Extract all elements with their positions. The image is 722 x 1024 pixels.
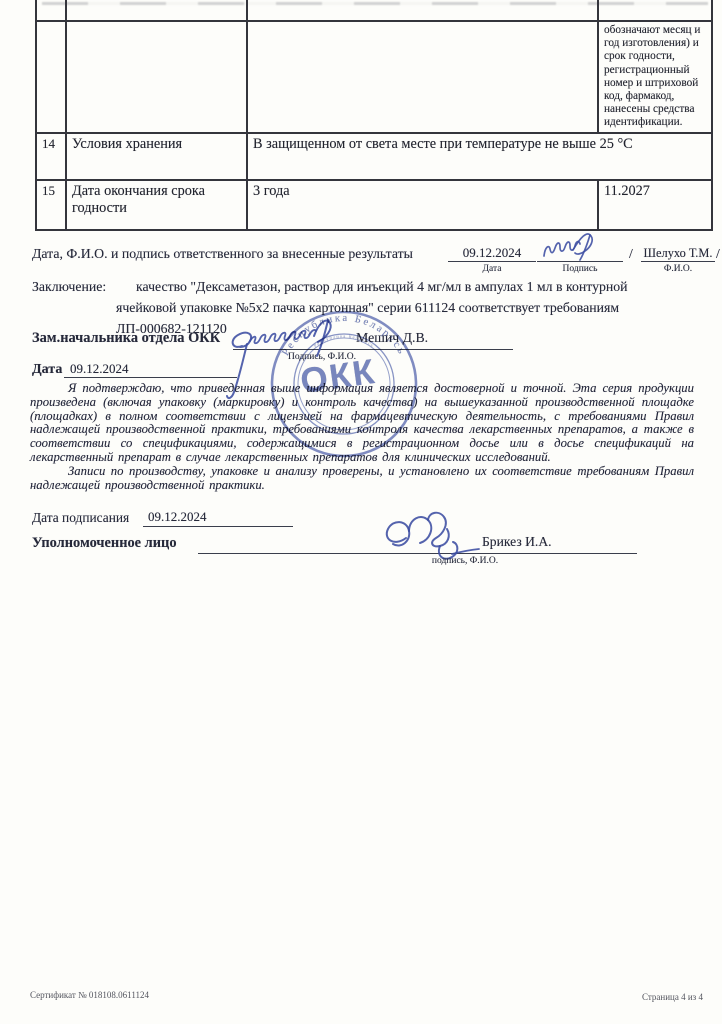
cell-num: 15 — [36, 180, 66, 230]
conclusion-line: качество "Дексаметазон, раствор для инъе… — [136, 279, 628, 295]
authorized-caption: подпись, Ф.И.О. — [418, 556, 512, 566]
cell-num — [36, 0, 66, 21]
stamp-center-text: ОКК — [298, 352, 379, 401]
cell-num — [36, 21, 66, 133]
signature-shelukho-icon — [540, 233, 620, 263]
responsible-label: Дата, Ф.И.О. и подпись ответственного за… — [32, 246, 413, 262]
table-row: 15 Дата окончания срока годности 3 года … — [36, 180, 712, 230]
cell-name: Условия хранения — [66, 133, 247, 180]
authorized-name: Брикез И.А. — [482, 534, 552, 550]
cell-value — [247, 21, 598, 133]
footer-page-number: Страница 4 из 4 — [642, 992, 703, 1002]
okk-stamp-icon: Республика Беларусь Республика Беларусь … — [259, 299, 429, 469]
signing-date-label: Дата подписания — [32, 510, 129, 526]
cell-num: 14 — [36, 133, 66, 180]
sign-caption: Подпись — [537, 264, 623, 274]
table-row — [36, 0, 712, 21]
responsible-name-value: Шелухо Т.М. — [641, 246, 715, 261]
cell-value — [247, 0, 598, 21]
cell-name — [66, 0, 247, 21]
fio-caption: Ф.И.О. — [641, 264, 715, 274]
spec-table: обозначают месяц и год изготовления) и с… — [35, 0, 713, 231]
cell-name — [66, 21, 247, 133]
cell-note — [598, 0, 712, 21]
blank-underline — [143, 509, 293, 527]
blank-underline — [64, 361, 237, 378]
table-row: 14 Условия хранения В защищенном от свет… — [36, 133, 712, 180]
svg-text:Республика Беларусь: Республика Беларусь — [313, 333, 376, 348]
table-row: обозначают месяц и год изготовления) и с… — [36, 21, 712, 133]
responsible-date-value: 09.12.2024 — [448, 245, 536, 261]
slash-separator: / — [716, 246, 720, 262]
deputy-title: Зам.начальника отдела ОКК — [32, 330, 220, 347]
cell-expiry: 11.2027 — [598, 180, 712, 230]
cell-note: обозначают месяц и год изготовления) и с… — [598, 21, 712, 133]
scanned-document-page: обозначают месяц и год изготовления) и с… — [0, 0, 722, 1024]
stamp-inner-ring-text: Республика Беларусь — [313, 333, 376, 348]
conclusion-label: Заключение: — [32, 279, 106, 295]
authorized-label: Уполномоченное лицо — [32, 535, 177, 552]
cell-value: 3 года — [247, 180, 598, 230]
date-label: Дата — [32, 362, 62, 378]
footer-certificate: Сертификат № 018108.0611124 — [30, 990, 149, 1000]
slash-separator: / — [629, 246, 633, 262]
cell-name: Дата окончания срока годности — [66, 180, 247, 230]
cell-value: В защищенном от света месте при температ… — [247, 133, 712, 180]
date-caption: Дата — [448, 264, 536, 274]
